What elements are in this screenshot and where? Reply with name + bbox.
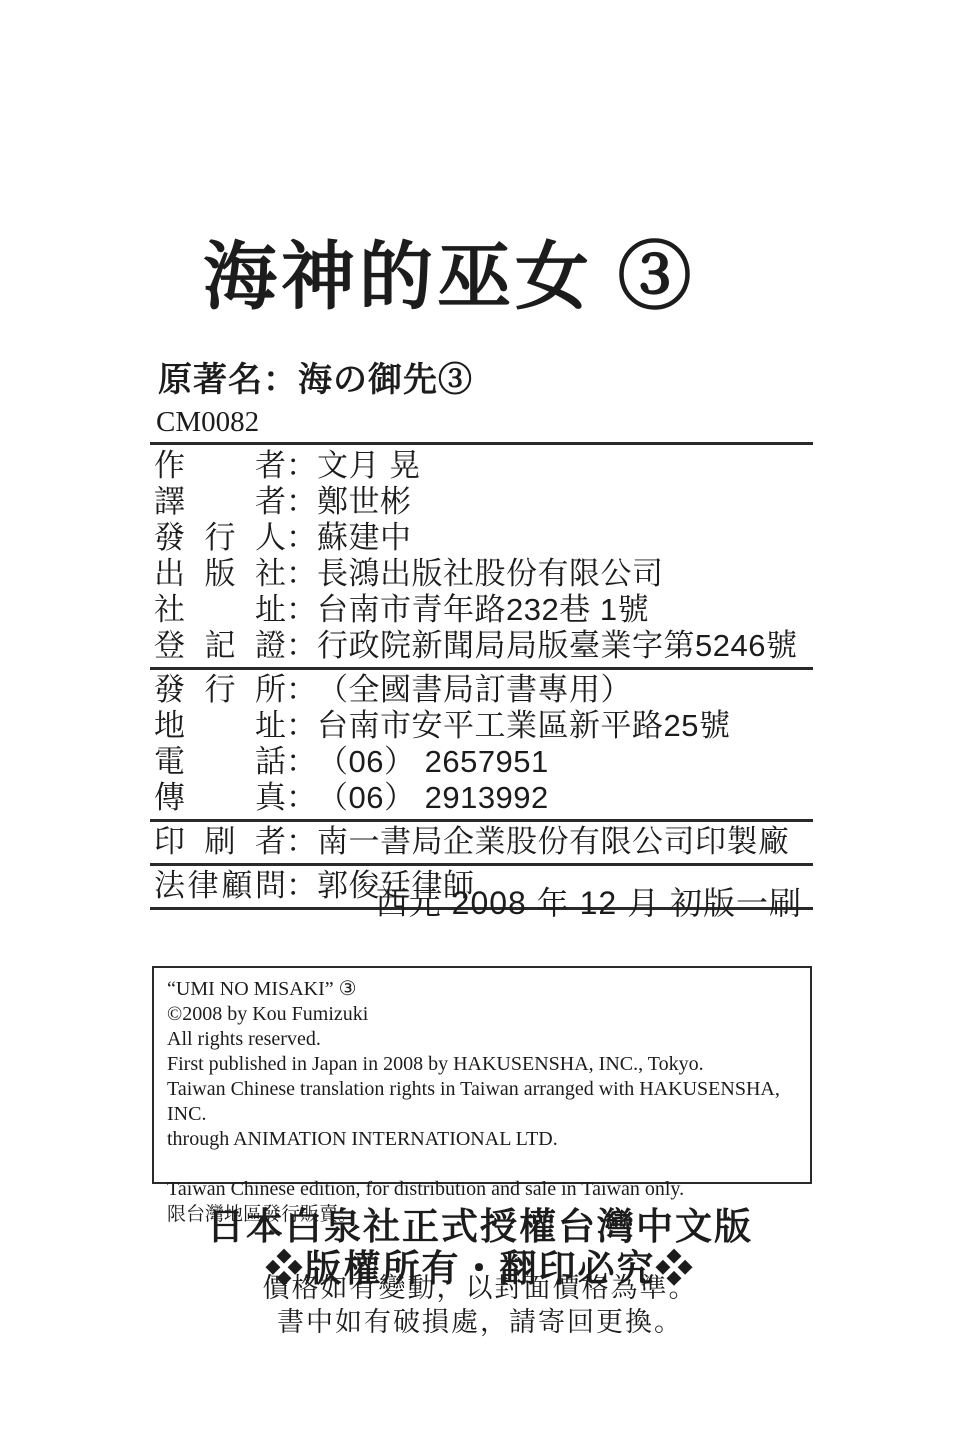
blank-line bbox=[167, 1152, 800, 1177]
colophon-row: 登記證：行政院新聞局局版臺業字第5246號 bbox=[150, 628, 813, 664]
colophon-row: 出版社：長鴻出版社股份有限公司 bbox=[150, 556, 813, 592]
book-title: 海神的巫女 ③ bbox=[203, 234, 696, 319]
row-value: 蘇建中 bbox=[317, 520, 813, 556]
row-label: 發行所 bbox=[154, 672, 286, 708]
row-label: 出版社 bbox=[154, 556, 286, 592]
row-label: 作者 bbox=[154, 448, 286, 484]
colophon-page: 海神的巫女 ③ 原著名：海の御先③ CM0082 作者：文月 晃譯者：鄭世彬發行… bbox=[0, 0, 960, 1449]
row-separator: ： bbox=[286, 520, 317, 556]
colophon-group: 印刷者：南一書局企業股份有限公司印製廠 bbox=[150, 822, 813, 866]
colophon-row: 電話：（06） 2657951 bbox=[150, 744, 813, 780]
row-label: 發行人 bbox=[154, 520, 286, 556]
colophon-row: 作者：文月 晃 bbox=[150, 448, 813, 484]
publish-date: 西元 2008 年 12 月 初版一刷 bbox=[150, 878, 802, 924]
row-value: 鄭世彬 bbox=[317, 484, 813, 520]
row-label: 社址 bbox=[154, 592, 286, 628]
row-value: （06） 2913992 bbox=[317, 780, 813, 816]
row-separator: ： bbox=[286, 556, 317, 592]
row-label: 登記證 bbox=[154, 628, 286, 664]
colophon-group: 作者：文月 晃譯者：鄭世彬發行人：蘇建中出版社：長鴻出版社股份有限公司社址：台南… bbox=[150, 446, 813, 670]
row-separator: ： bbox=[286, 448, 317, 484]
row-separator: ： bbox=[286, 744, 317, 780]
colophon-row: 譯者：鄭世彬 bbox=[150, 484, 813, 520]
row-value: （06） 2657951 bbox=[317, 744, 813, 780]
colophon-row: 發行所：（全國書局訂書專用） bbox=[150, 672, 813, 708]
original-title: 原著名：海の御先③ bbox=[158, 352, 473, 401]
colophon-row: 印刷者：南一書局企業股份有限公司印製廠 bbox=[150, 824, 813, 860]
row-separator: ： bbox=[286, 592, 317, 628]
colophon-group: 發行所：（全國書局訂書專用）地址：台南市安平工業區新平路25號電話：（06） 2… bbox=[150, 670, 813, 822]
row-value: 台南市青年路232巷 1號 bbox=[317, 592, 813, 628]
colophon-row: 社址：台南市青年路232巷 1號 bbox=[150, 592, 813, 628]
row-separator: ： bbox=[286, 708, 317, 744]
row-separator: ： bbox=[286, 484, 317, 520]
product-code: CM0082 bbox=[150, 406, 813, 445]
row-value: 文月 晃 bbox=[317, 448, 813, 484]
copyright-line: ©2008 by Kou Fumizuki bbox=[167, 1002, 800, 1027]
row-label: 印刷者 bbox=[154, 824, 286, 860]
row-label: 地址 bbox=[154, 708, 286, 744]
row-separator: ： bbox=[286, 780, 317, 816]
row-label: 電話 bbox=[154, 744, 286, 780]
damage-note: 書中如有破損處，請寄回更換。 bbox=[0, 1300, 960, 1339]
row-separator: ： bbox=[286, 628, 317, 664]
row-value: 台南市安平工業區新平路25號 bbox=[317, 708, 813, 744]
colophon-row: 地址：台南市安平工業區新平路25號 bbox=[150, 708, 813, 744]
colophon-row: 發行人：蘇建中 bbox=[150, 520, 813, 556]
copyright-line: All rights reserved. bbox=[167, 1027, 800, 1052]
copyright-line: “UMI NO MISAKI” ③ bbox=[167, 977, 800, 1002]
row-separator: ： bbox=[286, 672, 317, 708]
colophon-row: 傳真：（06） 2913992 bbox=[150, 780, 813, 816]
copyright-line: Taiwan Chinese translation rights in Tai… bbox=[167, 1077, 800, 1127]
copyright-box: “UMI NO MISAKI” ③©2008 by Kou FumizukiAl… bbox=[152, 966, 812, 1184]
row-value: 長鴻出版社股份有限公司 bbox=[317, 556, 813, 592]
copyright-line: First published in Japan in 2008 by HAKU… bbox=[167, 1052, 800, 1077]
row-value: 南一書局企業股份有限公司印製廠 bbox=[317, 824, 813, 860]
row-separator: ： bbox=[286, 824, 317, 860]
row-value: 行政院新聞局局版臺業字第5246號 bbox=[317, 628, 813, 664]
row-label: 譯者 bbox=[154, 484, 286, 520]
row-value: （全國書局訂書專用） bbox=[317, 672, 813, 708]
row-label: 傳真 bbox=[154, 780, 286, 816]
colophon-table: 作者：文月 晃譯者：鄭世彬發行人：蘇建中出版社：長鴻出版社股份有限公司社址：台南… bbox=[150, 446, 813, 910]
copyright-line: through ANIMATION INTERNATIONAL LTD. bbox=[167, 1127, 800, 1152]
